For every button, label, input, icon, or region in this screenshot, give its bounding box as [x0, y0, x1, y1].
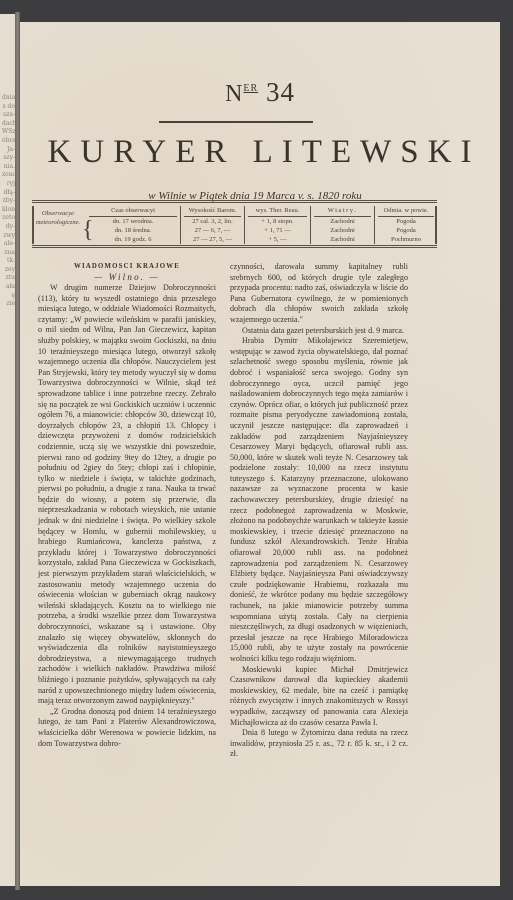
issue-number-prefix: N	[225, 81, 243, 107]
meteo-cell: Pogoda	[375, 226, 437, 235]
article-paragraph: czynności, darowała summy kapitalney rub…	[230, 262, 408, 326]
meteo-cell: + 1, 71 —	[245, 226, 310, 235]
meteo-cell: dn. 17 wrodnia.	[86, 217, 180, 226]
meteo-header-time: Czas obserwacyi	[89, 206, 177, 217]
meteo-cell: dn. 19 godz. 6	[86, 235, 180, 244]
article-paragraph: W drugim numerze Dziejow Dobroczynności …	[38, 283, 216, 707]
article-paragraph: Moskiewski kupiec Michał Dmitrjewicz Cza…	[230, 665, 408, 729]
meteo-col-time: { Czas obserwacyi dn. 17 wrodnia. dn. 18…	[86, 206, 180, 244]
meteo-header-weather: Odmia. w powie.	[378, 206, 434, 217]
title-rule	[159, 121, 313, 123]
meteo-header-winds: Wiatry.	[314, 206, 371, 217]
meteo-col-barometer: Wysokość Barom. 27 cal. 3, 2, lin. 27 — …	[180, 206, 244, 244]
meteo-cell: + 5, —	[245, 235, 310, 244]
meteo-cell: + 1, 8 stopn.	[245, 217, 310, 226]
previous-page-text-fragments: dnia s do sza- dach WSz. óbra Ja- szy- n…	[2, 94, 15, 309]
masthead-title: KURYER LITEWSKI	[20, 134, 500, 171]
scanned-page-viewer: dnia s do sza- dach WSz. óbra Ja- szy- n…	[0, 0, 513, 900]
meteo-cell: Pogoda	[375, 217, 437, 226]
meteo-cell: 27 cal. 3, 2, lin.	[181, 217, 244, 226]
article-paragraph: „Z Grodna donoszą pod dniem 14 teraźniey…	[38, 707, 216, 749]
meteo-col-thermometer: wys. Ther. Reau. + 1, 8 stopn. + 1, 71 —…	[244, 206, 310, 244]
section-heading: WIADOMOSCI KRAJOWE	[38, 262, 216, 272]
meteo-header-thermometer: wys. Ther. Reau.	[248, 206, 307, 217]
meteo-header-barometer: Wysokość Barom.	[184, 206, 241, 217]
meteo-cell: Zachodni	[311, 217, 374, 226]
meteo-label: Obserwacye meteorologiczne.	[34, 206, 82, 227]
meteo-cell: 27 — 27, 5, —	[181, 235, 244, 244]
meteo-cell: Pochmurno	[375, 235, 437, 244]
meteo-cell: dn. 18 średna.	[86, 226, 180, 235]
meteo-col-weather: Odmia. w powie. Pogoda Pogoda Pochmurno	[374, 206, 437, 244]
meteo-cell: 27 — 6, 7, —	[181, 226, 244, 235]
city-heading: — Wilno. —	[38, 272, 216, 283]
meteo-cell: Zachodni	[311, 226, 374, 235]
meteo-table-edge	[435, 206, 437, 244]
issue-number-value: 34	[266, 77, 295, 107]
meteo-col-winds: Wiatry. Zachodni Zachodni Zachodni	[310, 206, 374, 244]
newspaper-page: NER 34 KURYER LITEWSKI w Wilnie w Piątek…	[20, 22, 500, 886]
article-paragraph: Ostatnia data gazet petersburskich jest …	[230, 326, 408, 337]
meteo-label-cell: Obserwacye meteorologiczne.	[32, 206, 82, 244]
article-column-left: WIADOMOSCI KRAJOWE — Wilno. — W drugim n…	[38, 262, 216, 749]
article-paragraph: Hrabia Dymitr Mikołajewicz Szeremietjew,…	[230, 336, 408, 664]
meteo-cell: Zachodni	[311, 235, 374, 244]
meteorological-table: Obserwacye meteorologiczne. { Czas obser…	[32, 200, 437, 248]
article-paragraph: Dnia 8 lutego w Żytomirzu dana reduta na…	[230, 728, 408, 760]
issue-number: NER 34	[20, 77, 500, 108]
issue-number-superscript: ER	[243, 83, 258, 94]
brace-glyph: {	[82, 218, 94, 242]
article-column-right: czynności, darowała summy kapitalney rub…	[230, 262, 408, 760]
